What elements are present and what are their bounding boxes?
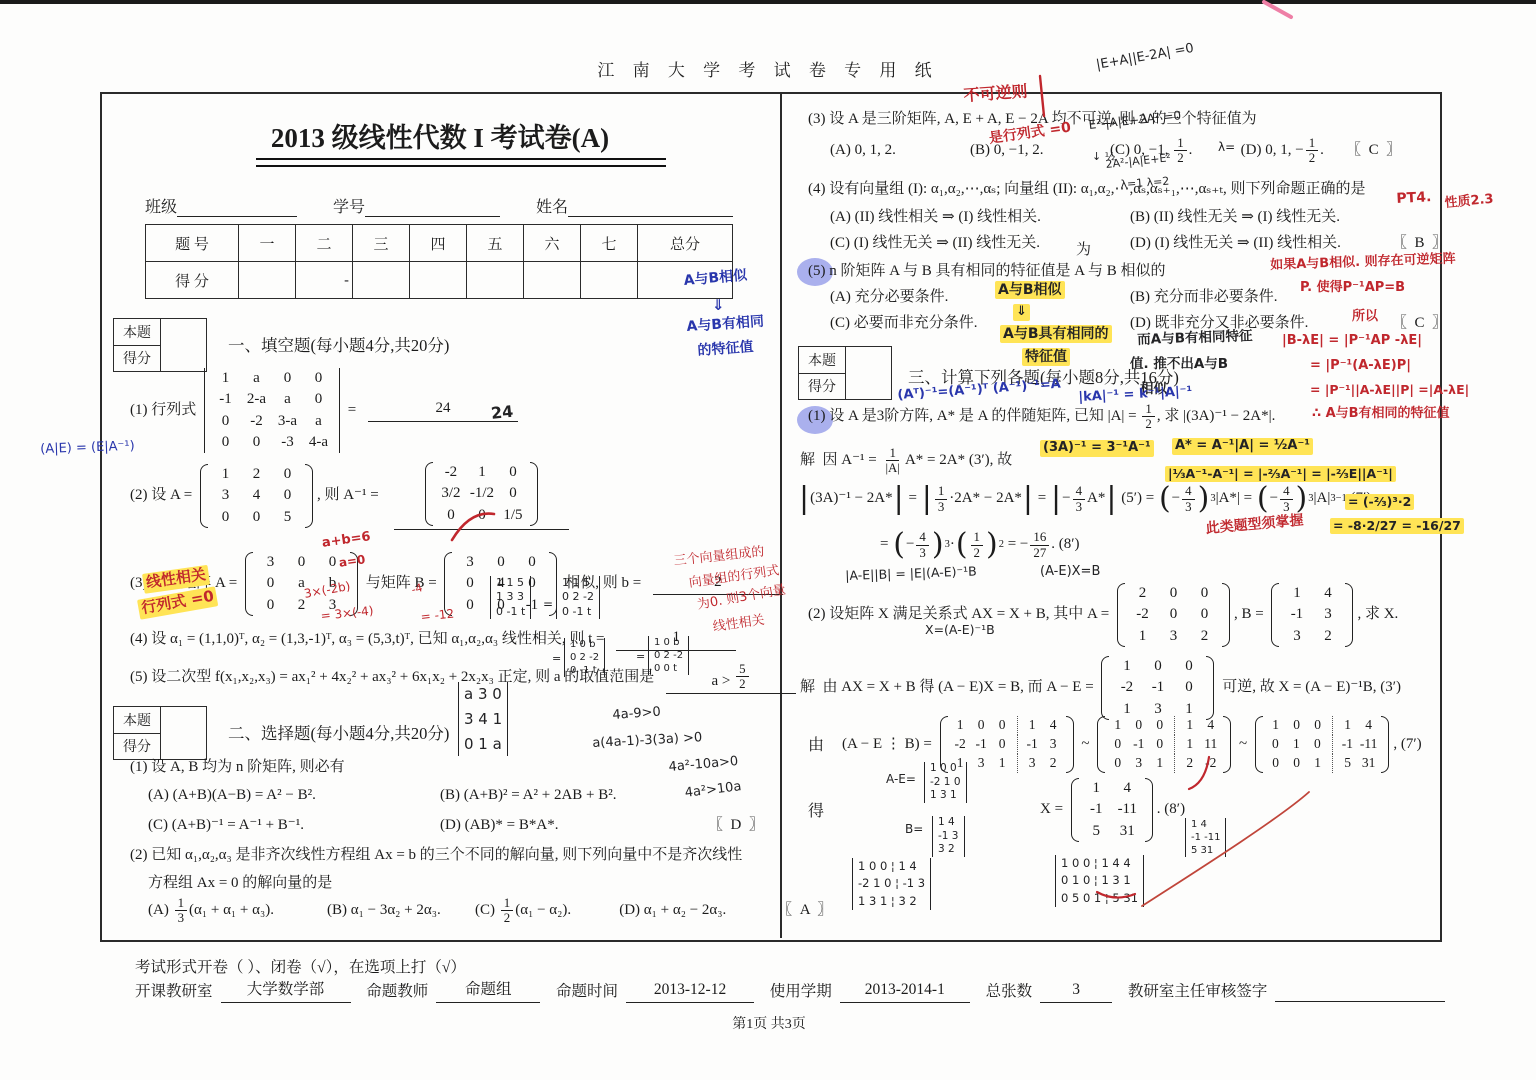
fraction: 43 (1073, 484, 1085, 513)
matrix-cell: -1 (1142, 677, 1173, 698)
score-box-label: 得分 (799, 374, 845, 400)
score-col-header: 二 (296, 225, 353, 262)
math-token: ~ (1078, 735, 1094, 755)
fill-q2: (2) 设 A = 120340005, 则 A⁻¹ = -2103/2-1/2… (130, 462, 569, 530)
score-box-label: 本题 (799, 347, 845, 374)
matrix-cell: 0 (255, 595, 286, 616)
matrix-cell: 1 (1265, 716, 1286, 735)
math-token: (A) (A+B)(A−B) = A² − B². (148, 786, 440, 806)
exam-form-line: 考试形式开卷（ ）、闭卷（√），在选项上打（√） (135, 955, 466, 977)
matrix-cell: 3-a (272, 411, 303, 432)
math-token: (D) 0, 1, − (1241, 141, 1304, 161)
score-col-header: 五 (467, 225, 524, 262)
handwritten-annotation: a 3 0 3 4 1 0 1 a (458, 682, 508, 756)
matrix-cell: 0 (286, 552, 317, 573)
matrix-cell: 1 (210, 464, 241, 485)
matrix: 100-2-10131 (1101, 656, 1214, 720)
math-token: 命题教师 (359, 982, 429, 1002)
handwritten-annotation: 24 (490, 402, 514, 425)
handwritten-annotation: - (344, 272, 349, 290)
matrix-cell: -2 (1127, 604, 1158, 625)
matrix-cell: 2 (1179, 754, 1200, 773)
matrix-cell: 3 (971, 754, 992, 773)
answer-blank (1275, 981, 1445, 1002)
choice-q4-stem: (4) 设有向量组 (I): α₁,α₂,⋯,αₛ; 向量组 (II): α₁,… (808, 180, 1365, 200)
matrix-cell: 0 (272, 368, 303, 389)
math-token: 〖 C 〗 (1392, 314, 1447, 334)
matrix-cell: 0 (1189, 583, 1220, 604)
matrix-cell: 3 (1043, 735, 1064, 754)
choice-q1-options: (C) (A+B)⁻¹ = A⁻¹ + B⁻¹.(D) (AB)* = B*A*… (148, 816, 764, 836)
math-token: ·2A* − 2A* (949, 489, 1022, 509)
score-col-header: 七 (581, 225, 638, 262)
matrix-cell: 1 (1179, 716, 1200, 735)
section1-heading: 一、填空题(每小题4分,共20分) (228, 332, 449, 356)
math-token: − (1172, 489, 1180, 509)
handwritten-annotation: ⇓ (1013, 304, 1030, 321)
handwritten-annotation: A* = A⁻¹|A| = ½A⁻¹ (1172, 438, 1313, 455)
handwritten-annotation: A与B相似 (995, 281, 1065, 299)
score-header-row: 题 号 一 二 三 四 五 六 七 总分 (146, 225, 733, 262)
math-token: A* = 2A* (3′), 故 (905, 451, 1012, 471)
matrix-cell: 0 (210, 432, 241, 453)
math-token: = (905, 489, 921, 509)
choice-q2-stem: (2) 已知 α₁,α₂,α₃ 是非齐次线性方程组 Ax = b 的三个不同的解… (130, 846, 742, 866)
math-token: (4) 设 α₁ = (1,1,0)ᵀ, α₂ = (1,3,-1)ᵀ, α₃ … (130, 630, 608, 650)
you-label: 由 (808, 736, 824, 757)
score-col-header: 四 (410, 225, 467, 262)
matrix-cell: 3 (1312, 604, 1343, 625)
math-token: 与矩阵 B = (362, 574, 440, 594)
matrix-cell (1017, 716, 1018, 735)
math-token: | (799, 484, 809, 514)
matrix-cell (1174, 716, 1175, 735)
score-cell (581, 262, 638, 299)
math-token: (1) 设 A, B 均为 n 阶矩阵, 则必有 (130, 758, 345, 778)
matrix-cell: 0 (435, 505, 466, 526)
score-value-row: 得 分 (146, 262, 733, 299)
matrix: 14-1-11531 (1071, 778, 1153, 842)
handwritten-annotation: = (-⅔)³·2 (1345, 494, 1414, 510)
matrix-cell: -1 (1081, 799, 1112, 820)
matrix-cell: 0 (210, 411, 241, 432)
choice-q1-stem: (1) 设 A, B 均为 n 阶矩阵, 则必有 (130, 758, 345, 778)
matrix-cell: 0 (1307, 735, 1328, 754)
matrix-cell: 3 (255, 552, 286, 573)
matrix-cell: 3 (1022, 754, 1043, 773)
math-token: ( (1257, 484, 1269, 514)
matrix-cell: 0 (1149, 716, 1170, 735)
matrix-cell: 4 (1358, 716, 1379, 735)
handwritten-annotation: 值. 推不出A与B (1130, 356, 1228, 374)
matrix-cell: 3 (1128, 754, 1149, 773)
math-token: = − (1004, 535, 1028, 555)
matrix-cell: 2 (241, 464, 272, 485)
matrix-cell: 2 (1043, 754, 1064, 773)
fraction: 12 (1174, 136, 1186, 165)
math-token: 〖 D 〗 (708, 816, 764, 836)
matrix-cell: 0 (255, 573, 286, 594)
matrix-cell: 0 (497, 462, 528, 483)
matrix-cell: 3 (1158, 626, 1189, 647)
matrix-cell: 0 (454, 595, 485, 616)
matrix-cell: 1 (1286, 735, 1307, 754)
matrix-cell: -1 (1022, 735, 1043, 754)
score-cell (467, 262, 524, 299)
math-token: |A| (1313, 489, 1330, 509)
paper-header: 江 南 大 学 考 试 卷 专 用 纸 (0, 56, 1536, 81)
handwritten-annotation: = (552, 652, 561, 666)
matrix-cell: 0 (1173, 677, 1204, 698)
math-token: (D) (I) 线性无关 ⇒ (II) 线性相关. (1130, 234, 1392, 254)
matrix-cell (1332, 754, 1333, 773)
handwritten-annotation: 1 0 b 0 2 -2 0 0 t (648, 636, 689, 675)
matrix: 14-1332 (1271, 583, 1353, 647)
handwritten-annotation: X=(A-E)⁻¹B (925, 622, 995, 638)
choice-q4-options: (C) (I) 线性无关 ⇒ (II) 线性无关.(D) (I) 线性无关 ⇒ … (830, 234, 1447, 254)
math-token: (D) α₁ + α₂ − 2α₃. (619, 901, 777, 921)
matrix-cell: a (241, 368, 272, 389)
math-token: , 则 A⁻¹ = (317, 486, 382, 506)
math-token: (A) 充分必要条件. (830, 288, 1130, 308)
matrix-cell: -11 (1112, 799, 1143, 820)
fraction: 43 (1280, 484, 1292, 513)
matrix-cell: 4 (1200, 716, 1221, 735)
math-token: (B) (II) 线性无关 ⇒ (I) 线性无关. (1130, 208, 1340, 228)
math-token: ) (1198, 484, 1210, 514)
math-token: (C) (475, 901, 499, 921)
math-token: 〖 A 〗 (777, 901, 832, 921)
matrix-cell: a (272, 389, 303, 410)
matrix-cell: 0 (303, 389, 334, 410)
score-cell (239, 262, 296, 299)
math-token: , B = (1234, 605, 1267, 625)
handwritten-annotation: λ= (1218, 140, 1235, 156)
handwritten-annotation: 特征值 (1022, 348, 1070, 366)
score-col-header: 题 号 (146, 225, 239, 262)
math-token: ( (956, 530, 968, 560)
math-token: − (1062, 489, 1070, 509)
handwritten-annotation: = -8·2/27 = -16/27 (1330, 518, 1464, 534)
matrix-cell (1017, 735, 1018, 754)
name-label: 姓名 (536, 199, 568, 216)
matrix-cell: 0 (1107, 754, 1128, 773)
section1-score-box: 本题得分 (113, 318, 207, 372)
score-col-header: 三 (353, 225, 410, 262)
column-divider (780, 92, 782, 938)
matrix-cell: 0 (1189, 604, 1220, 625)
math-token: 〖 C 〗 (1346, 141, 1401, 161)
pink-corner-stroke (1264, 2, 1291, 17)
math-token: (B) α₁ − 3α₂ + 2α₃. (327, 901, 475, 921)
matrix-cell: 1 (1337, 716, 1358, 735)
section2-score-box: 本题得分 (113, 706, 207, 760)
math-token: 总张数 (978, 982, 1032, 1002)
handwritten-annotation: 性质2.3 (1444, 192, 1494, 213)
fraction: 12 (1306, 136, 1318, 165)
handwritten-annotation: ⇓ (712, 296, 725, 316)
matrix-cell: -1/2 (466, 483, 497, 504)
handwritten-annotation: = (636, 650, 645, 664)
fraction: 43 (1182, 484, 1194, 513)
matrix: -2103/2-1/20001/5 (425, 462, 538, 526)
math-token: 解 因 A⁻¹ = (800, 451, 880, 471)
matrix-cell (1017, 754, 1018, 773)
matrix: 200-200132 (1117, 583, 1230, 647)
math-token: |A*| = (1216, 489, 1256, 509)
handwritten-annotation: = (543, 597, 553, 613)
answer-blank: 2013-2014-1 (840, 980, 970, 1003)
math-token: (B) (A+B)² = A² + 2AB + B². (440, 786, 617, 806)
answer-blank: 2013-12-12 (626, 980, 754, 1003)
math-token: | (1051, 484, 1061, 514)
matrix-cell: -2 (435, 462, 466, 483)
matrix-cell (1174, 754, 1175, 773)
matrix-cell: 0 (971, 716, 992, 735)
de-label: 得 (808, 802, 824, 823)
choice-q1-options: (A) (A+B)(A−B) = A² − B².(B) (A+B)² = A²… (148, 786, 617, 806)
matrix-cell: 0 (272, 464, 303, 485)
matrix-cell: 0 (1149, 735, 1170, 754)
math-token: . (1320, 141, 1346, 161)
matrix-cell: 4-a (303, 432, 334, 453)
handwritten-annotation: A与B具有相同的 (1000, 325, 1112, 343)
matrix-cell: 2 (1189, 626, 1220, 647)
matrix-cell: 0 (485, 552, 516, 573)
matrix-cell: 0 (1158, 604, 1189, 625)
handwritten-annotation: 4a-9>0 (612, 705, 661, 725)
de-label-text: 得 (808, 802, 824, 823)
score-box-label: 本题 (114, 319, 160, 346)
matrix-cell: 1 (950, 716, 971, 735)
math-token: ~ (1235, 735, 1251, 755)
score-cell (410, 262, 467, 299)
fraction: 12 (1142, 402, 1154, 431)
scan-edge (0, 0, 1536, 4)
matrix: 120340005 (200, 464, 313, 528)
score-col-header: 总分 (638, 225, 733, 262)
handwritten-annotation: |⅓A⁻¹-A⁻¹| = |-⅔A⁻¹| = |-⅔E||A⁻¹| (1165, 466, 1396, 482)
fill-q1: (1) 行列式 1a00-12-aa00-23-aa00-34-a = 24 (130, 368, 526, 453)
fraction: 13 (935, 484, 947, 513)
matrix-cell: 5 (272, 507, 303, 528)
math-token: (5) n 阶矩阵 A 与 B 具有相同的特征值是 A 与 B 相似的 (808, 262, 1166, 282)
score-cell (524, 262, 581, 299)
math-token: (4) 设有向量组 (I): α₁,α₂,⋯,αₛ; 向量组 (II): α₁,… (808, 180, 1365, 200)
math-token: 解 由 AX = X + B 得 (A − E)X = B, 而 A − E = (800, 678, 1097, 698)
score-col-header: 一 (239, 225, 296, 262)
matrix-cell: -2 (1200, 754, 1221, 773)
math-token: (α₁ + α₁ + α₃). (189, 901, 327, 921)
fraction: 43 (916, 530, 928, 559)
matrix-cell: -11 (1358, 735, 1380, 754)
matrix-cell: 4 (1312, 583, 1343, 604)
math-token: , 求 |(3A)⁻¹ − 2A*|. (1157, 407, 1276, 427)
matrix-cell: 0 (1307, 716, 1328, 735)
matrix-cell: -1 (1337, 735, 1358, 754)
math-token: ) (986, 530, 998, 560)
math-token: a > (712, 672, 735, 692)
handwritten-annotation: ↓ ½ (1092, 150, 1115, 164)
matrix: 1a00-12-aa00-23-aa00-34-a (204, 368, 340, 453)
choice-q2-options: (A) 13(α₁ + α₁ + α₃).(B) α₁ − 3α₂ + 2α₃.… (148, 896, 832, 925)
title-underline (256, 158, 666, 167)
math-token: (3A)⁻¹ − 2A* (810, 489, 893, 509)
matrix-cell: 5 (1081, 821, 1112, 842)
answer-blank: 命题组 (436, 980, 540, 1003)
handwritten-annotation: 的特征值 (697, 338, 754, 360)
answer-underline (394, 529, 569, 530)
choice-q4-options: (A) (II) 线性相关 ⇒ (I) 线性相关.(B) (II) 线性无关 ⇒… (830, 208, 1340, 228)
handwritten-annotation: 1 0 b 0 2 -2 0 -1 t (564, 638, 605, 677)
calc-q1-equation: |(3A)⁻¹ − 2A*| = |13·2A* − 2A*| = |−43A*… (798, 484, 1371, 514)
matrix-cell: 2-a (241, 389, 272, 410)
matrix-cell: 1 (1081, 778, 1112, 799)
matrix-cell: 0 (1286, 716, 1307, 735)
math-token: ( (893, 530, 905, 560)
matrix-cell: 4 (1043, 716, 1064, 735)
math-token: (A) 0, 1, 2. (830, 141, 970, 161)
matrix-cell: 1 (1127, 626, 1158, 647)
matrix-cell: 31 (1358, 754, 1379, 773)
matrix-cell: 1 (1111, 656, 1142, 677)
exam-paper-page: 江 南 大 学 考 试 卷 专 用 纸 2013 级线性代数 I 考试卷(A) … (0, 0, 1536, 1080)
handwritten-annotation: P. 使得P⁻¹AP=B (1300, 280, 1405, 297)
math-token: = (880, 535, 892, 555)
math-token: · (950, 535, 955, 555)
student-info-row: 班级 学号 姓名 (145, 194, 733, 217)
matrix-cell: 0 (1265, 735, 1286, 754)
math-token: (2) 设 A = (130, 486, 196, 506)
matrix-cell: 1 (992, 754, 1013, 773)
score-cell (353, 262, 410, 299)
class-blank[interactable] (177, 199, 297, 217)
math-token: ) (932, 530, 944, 560)
math-token: , (7′) (1393, 735, 1421, 755)
math-token: (B) 充分而非必要条件. (1130, 288, 1278, 308)
handwritten-annotation: 1 1 5 0 2 -2 0 -1 t (556, 576, 600, 619)
matrix-cell: -2 (950, 735, 971, 754)
matrix-cell: 0 (210, 507, 241, 528)
math-token: (1) 设 A 是3阶方阵, A* 是 A 的伴随矩阵, 已知 |A| = (808, 407, 1140, 427)
matrix-cell: 1/5 (497, 505, 528, 526)
you-label-text: 由 (808, 736, 824, 757)
id-blank[interactable] (365, 199, 500, 217)
matrix-cell (1332, 716, 1333, 735)
math-token: . (8′) (1157, 800, 1185, 820)
math-token: | (1023, 484, 1033, 514)
matrix-cell: 1 (1149, 754, 1170, 773)
matrix-cell: 2 (1312, 626, 1343, 647)
math-token: -2103/2-1/20001/5 (394, 462, 569, 530)
score-box-blank (846, 347, 891, 399)
math-token: (D) (AB)* = B*A*. (440, 816, 708, 836)
class-label: 班级 (145, 199, 177, 216)
matrix-cell: -1 (1281, 604, 1312, 625)
math-token: 可逆, 故 X = (A − E)⁻¹B, (3′) (1218, 678, 1401, 698)
math-token: (2) 已知 α₁,α₂,α₃ 是非齐次线性方程组 Ax = b 的三个不同的解… (130, 846, 742, 866)
calc-q2-stem: (2) 设矩阵 X 满足关系式 AX = X + B, 其中 A = 200-2… (808, 583, 1398, 647)
id-label: 学号 (333, 199, 365, 216)
matrix: 100140-101110312-2 (1097, 716, 1231, 773)
matrix-cell: 1 (1022, 716, 1043, 735)
handwritten-annotation: A-E= (886, 772, 916, 788)
math-token: 开课教研室 (135, 982, 213, 1002)
name-blank[interactable] (568, 199, 733, 217)
fraction: 12 (971, 530, 983, 559)
math-token: (A − E ⋮ B) = (842, 735, 936, 755)
matrix-cell: -1 (1128, 735, 1149, 754)
matrix-cell: 0 (454, 573, 485, 594)
math-token: 〖 B 〗 (1392, 234, 1447, 254)
answer-blank: 3 (1040, 980, 1112, 1003)
calc-q2-solution: 解 由 AX = X + B 得 (A − E)X = B, 而 A − E =… (800, 656, 1401, 720)
math-token: (A) (148, 901, 173, 921)
matrix-cell: 0 (272, 485, 303, 506)
matrix-cell: 0 (1265, 754, 1286, 773)
matrix-cell: 3 (1281, 626, 1312, 647)
matrix-cell: 31 (1112, 821, 1143, 842)
matrix-cell: -2 (1111, 677, 1142, 698)
math-token: − (1270, 489, 1278, 509)
matrix-cell: 1 (1307, 754, 1328, 773)
matrix-cell: 1 (210, 368, 241, 389)
score-box-label: 本题 (114, 707, 160, 734)
matrix-cell: 5 (1337, 754, 1358, 773)
math-token: X = (1040, 800, 1067, 820)
choice-q5-stem: (5) n 阶矩阵 A 与 B 具有相同的特征值是 A 与 B 相似的 (808, 262, 1166, 282)
math-token: (A) (II) 线性相关 ⇒ (I) 线性相关. (830, 208, 1130, 228)
matrix-cell: 0 (516, 552, 547, 573)
math-token: 使用学期 (762, 982, 832, 1002)
math-token: (5′) = (1117, 489, 1157, 509)
matrix: 10014010-1-11001531 (1255, 716, 1390, 773)
handwritten-annotation: (A-E)X=B (1040, 564, 1100, 581)
matrix-cell: -1 (971, 735, 992, 754)
math-token: 命题时间 (548, 982, 618, 1002)
fraction: 1|A| (882, 446, 902, 475)
math-token: − (906, 535, 914, 555)
handwritten-annotation: = |P⁻¹(A-λE)P| (1310, 358, 1411, 375)
exam-title: 2013 级线性代数 I 考试卷(A) (100, 116, 780, 155)
matrix-cell: 2 (1127, 583, 1158, 604)
page-number: 第1页 共3页 (100, 1013, 1438, 1033)
math-token: . (8′) (1051, 535, 1079, 555)
matrix-cell: 0 (992, 716, 1013, 735)
matrix-cell: -2 (241, 411, 272, 432)
math-token: ( (1159, 484, 1171, 514)
handwritten-annotation: B= (905, 822, 923, 838)
class-field: 班级 (145, 194, 297, 217)
score-box-blank (161, 707, 206, 759)
score-col-header: 六 (524, 225, 581, 262)
math-token: , 求 X. (1357, 605, 1398, 625)
math-token: (1) 行列式 (130, 401, 200, 421)
handwritten-annotation: 1 4 -1 -11 5 31 (1185, 818, 1226, 857)
matrix-cell: 0 (992, 735, 1013, 754)
score-box-label: 得分 (114, 734, 160, 760)
matrix-cell: 0 (241, 507, 272, 528)
matrix-cell: 3 (454, 552, 485, 573)
matrix-cell: 1 (466, 462, 497, 483)
answer-blank: 大学数学部 (221, 980, 351, 1003)
math-token: | (894, 484, 904, 514)
handwritten-annotation: PT4. (1396, 188, 1432, 208)
matrix-cell: 3 (210, 485, 241, 506)
choice-q2-stem: 方程组 Ax = 0 的解向量的是 (148, 874, 332, 894)
matrix-cell: 4 (241, 485, 272, 506)
handwritten-annotation: 1 4 -1 3 3 2 (932, 816, 965, 857)
